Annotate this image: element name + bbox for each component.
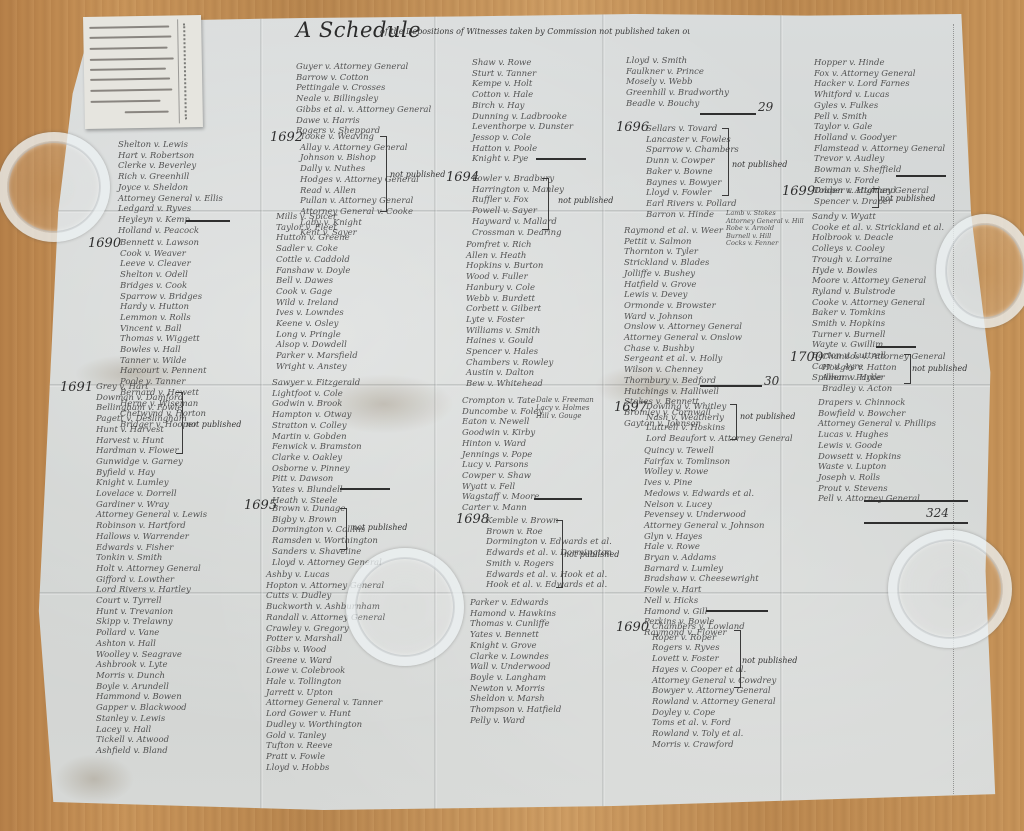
entry: Allay v. Attorney General [300,143,419,154]
year-label: 1696 [616,120,649,135]
not-published-note: not published [352,523,407,532]
attached-note-slip [83,15,203,129]
entries-1697: Dowling v. Whitley Nash v. Weatherly Lut… [646,402,793,445]
bracket [872,188,879,208]
not-published-note: not published [564,550,619,559]
bracket [176,392,183,454]
entry: Hayward v. Mallard [472,217,564,228]
rule-line [700,113,756,115]
bracket [722,128,729,196]
entry: Chandos v. Attorney General [822,352,946,363]
year-label: 1690 [616,620,649,635]
entries-column2-top: Guyer v. Attorney General Barrow v. Cott… [296,62,431,137]
not-published-note: not published [390,170,445,179]
not-published-note: not published [732,160,787,169]
top-left-glass-weight [0,132,110,242]
stain [54,754,134,804]
center-bottom-glass-weight [346,548,464,666]
entry: Ruffler v. Fox [472,195,564,206]
entries-column4-side: Lamb v. Stokes Attorney General v. Hill … [726,210,804,248]
entry: Gunwidge v. Garney [96,457,207,468]
bracket [734,630,741,688]
entry: Bellingham v. Fowle [96,403,207,414]
bracket [730,404,737,440]
entry: Ramsden v. Worthington [272,536,382,547]
fold-line [602,14,605,810]
entry: Allen v. Parker [822,373,946,384]
entries-1695: Brown v. Dunage Bigby v. Brown Dormingto… [272,504,382,568]
entry: Lord Beaufort v. Attorney General [646,434,793,445]
entry: Grey v. Hart [96,382,207,393]
folio-number: 29 [758,100,773,114]
entry: Rogers v. Ryves [652,643,776,654]
entry: Barron v. Hinde [646,210,739,221]
entries-column3-bottom: Parker v. Edwards Hamond v. Hawkins Thom… [470,598,561,726]
entry: Fowler v. Bradbury [472,174,564,185]
entries-1690-lower: Chambers v. Lowland Roper v. Roper Roger… [652,622,776,750]
entries-column5-lower: Drapers v. Chinnock Bowfield v. Bowcher … [818,398,936,505]
entry: Kemble v. Brown [486,516,612,527]
entries-1694: Fowler v. Bradbury Harrington v. Manley … [472,174,564,238]
entry: Dormington v. Edwards et al. [486,537,612,548]
year-label: 1698 [456,512,489,527]
entry: Brown v. Dunage [272,504,382,515]
entry: Earl Rivers v. Pollard [646,199,739,210]
entry: Harvest v. Hunt [96,436,207,447]
entries-column3-middle: Pomfret v. Rich Allen v. Heath Hopkins v… [466,240,553,390]
entry: Roper v. Roper [652,633,776,644]
entry: Powell v. Sayer [472,206,564,217]
bracket [556,520,563,588]
entry: Brown v. Roe [486,527,612,538]
entries-column4-top: Lloyd v. Smith Faulkner v. Prince Mosely… [626,56,729,110]
entry: Chambers v. Lowland [652,622,776,633]
rule-line [706,610,768,612]
entries-column3-top: Shaw v. Rowe Sturt v. Tanner Kempe v. Ho… [472,58,573,165]
entry: Leeve v. Cleaver [120,259,207,270]
rule-line [864,522,968,524]
year-label: 1697 [614,400,647,415]
year-label: 1700 [790,350,823,365]
rule-line [534,498,582,500]
entry: Shelton v. Odell [120,270,207,281]
right-lower-glass-weight [888,530,1012,648]
bracket [542,178,549,230]
entry: Hayes v. Cooper et al. [652,665,776,676]
year-label: 1699 [782,184,815,199]
entry: Pullan v. Attorney General [300,196,419,207]
not-published-note: not published [558,196,613,205]
entry: Hardman v. Flower [96,446,207,457]
rule-line [700,385,762,387]
entry: Edwards et al. v. Hook et al. [486,570,612,581]
entry: Read v. Allen [300,186,419,197]
rule-line [876,346,916,348]
entry: Bowyer v. Attorney General [652,686,776,697]
entry: Bennett v. Lawson [120,238,207,249]
year-label: 1690 [88,236,121,251]
not-published-note: not published [912,364,967,373]
bracket [904,354,911,384]
entry: Smith v. Rogers [486,559,612,570]
entry: Bradley v. Acton [822,384,946,395]
entry: Cook v. Weaver [120,249,207,260]
entries-column3-lower: Crompton v. Tate Duncombe v. Foley Eaton… [462,396,543,514]
right-upper-glass-weight [936,214,1024,328]
bracket [380,136,387,212]
folio-number: 30 [764,374,779,388]
rule-line [186,220,230,222]
folio-number: 324 [926,506,949,520]
entries-1691: Grey v. Hart Dowman v. Damford Bellingha… [96,382,207,757]
year-label: 1691 [60,380,93,395]
entry: Attorney General v. Cowdrey [652,676,776,687]
entries-1700: Chandos v. Attorney General Hodges v. Ha… [822,352,946,395]
entry: Crossman v. Dearing [472,228,564,239]
rule-line [536,158,586,160]
rule-line [340,488,390,490]
document-subtitle: of the Depositions of Witnesses taken by… [380,27,690,36]
entry: Harrington v. Manley [472,185,564,196]
entries-column2-middle: Mills v. Spicer Taylor v. Fleet Hutton v… [276,212,358,373]
entry: Luttrell v. Hoskins [646,423,793,434]
entries-column3-lower-side: Dale v. Freeman Lacy v. Holmes Hill v. G… [536,396,594,420]
entries-column4-middle: Raymond et al. v. Weer Pettit v. Salmon … [624,226,742,429]
not-published-note: not published [186,420,241,429]
entry: Hook et al. v. Edwards et al. [486,580,612,591]
not-published-note: not published [742,656,797,665]
entry: Bridges v. Cook [120,281,207,292]
bracket [340,508,347,550]
rule-line [864,500,968,502]
entry: Sanders v. Shaveline [272,547,382,558]
ruled-margin [952,24,954,794]
entry: Dowman v. Damford [96,393,207,404]
entries-column1-top: Shelton v. Lewis Hart v. Robertson Clerk… [118,140,223,236]
not-published-note: not published [740,412,795,421]
entry: Rowland v. Attorney General [652,697,776,708]
not-published-note: not published [880,194,935,203]
rule-line [896,175,946,177]
entry: Johnson v. Bishop [300,153,419,164]
fold-line [260,14,263,810]
entry: Byfield v. Hay [96,468,207,479]
